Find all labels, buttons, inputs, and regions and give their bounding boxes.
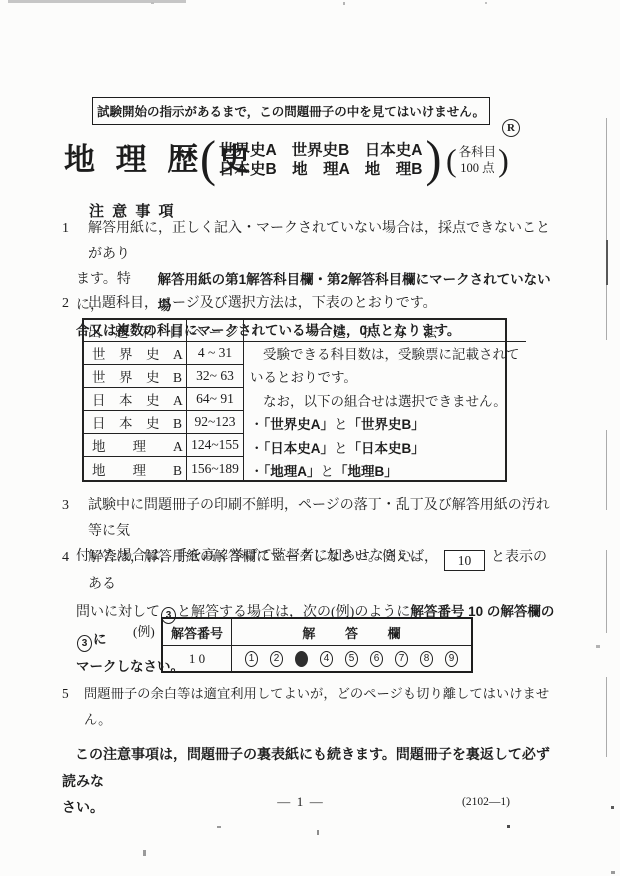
scan-artifact [606, 240, 608, 285]
warning-text: 試験開始の指示があるまで，この問題冊子の中を見てはいけません。 [97, 102, 485, 120]
example-header-number: 解答番号 [163, 619, 232, 646]
scan-artifact [317, 830, 319, 835]
selection-text: なお，以下の組合せは選択できません。 [250, 390, 520, 413]
scan-artifact [606, 285, 607, 340]
selection-text: 受験できる科目数は，受験票に記載されて [250, 343, 520, 366]
table-row-subject: 日 本 史 A [84, 388, 187, 411]
scan-artifact [143, 850, 146, 856]
mark-option-7: 7 [395, 651, 408, 667]
selection-method-cell: 受験できる科目数は，受験票に記載されて いるとおりです。 なお，以下の組合せは選… [244, 342, 526, 480]
right-bracket: ) [426, 138, 442, 182]
table-row-pages: 64~ 91 [187, 388, 244, 411]
mark-option-8: 8 [420, 651, 433, 667]
table-row-subject: 世 界 史 B [84, 365, 187, 388]
subject-list-group: ( 世界史A 世界史B 日本史A 日本史B 地 理A 地 理B ) [200, 138, 441, 182]
selection-text: いるとおりです。 [250, 366, 520, 389]
exam-cover-page: 試験開始の指示があるまで，この問題冊子の中を見てはいけません。 R 地 理 歴 … [0, 0, 620, 876]
score-line-1: 各科目 [459, 144, 497, 160]
table-row-pages: 156~189 [187, 457, 244, 480]
answer-number-box: 10 [444, 550, 485, 571]
mark-option-2: 2 [270, 651, 283, 667]
score-group: ( 各科目 100 点 ) [446, 140, 509, 180]
note-5: 5 問題冊子の余白等は適宜利用してよいが，どのページも切り離してはいけません。 [62, 681, 572, 732]
mark-option-1: 1 [245, 651, 258, 667]
table-row-pages: 124~155 [187, 434, 244, 457]
scan-artifact [151, 2, 154, 4]
note-2-number: 2 [62, 291, 88, 317]
warning-box: 試験開始の指示があるまで，この問題冊子の中を見てはいけません。 [92, 97, 490, 125]
selection-combo-3: ・「地理A」と「地理B」 [250, 460, 520, 483]
example-label: (例) [133, 621, 155, 640]
subjects-row-1: 世界史A 世界史B 日本史A [219, 141, 423, 161]
scan-artifact [485, 2, 487, 4]
booklet-code: (2102—1) [462, 796, 510, 808]
selection-combo-1: ・「世界史A」と「世界史B」 [250, 413, 520, 436]
table-row-subject: 地 理 B [84, 457, 187, 480]
note-2-line-1: 出題科目，ページ及び選択方法は，下表のとおりです。 [88, 291, 437, 317]
table-row-pages: 92~123 [187, 411, 244, 434]
table-row-subject: 世 界 史 A [84, 342, 187, 365]
scan-artifact [606, 550, 607, 633]
table-row-subject: 地 理 A [84, 434, 187, 457]
scan-artifact [217, 826, 221, 828]
scan-artifact [507, 825, 510, 828]
registered-trademark-icon: R [502, 119, 520, 137]
table-header-subject: 出 題 科 目 [84, 320, 187, 342]
note-4-number: 4 [62, 544, 88, 598]
table-header-selection: 選 択 方 法 [244, 320, 526, 342]
scan-artifact [343, 2, 345, 5]
right-paren: ) [498, 141, 509, 179]
subjects-row-2: 日本史B 地 理A 地 理B [219, 160, 423, 180]
scan-artifact [606, 677, 607, 757]
mark-option-5: 5 [345, 651, 358, 667]
note-5-line-1: 問題冊子の余白等は適宜利用してよいが，どのページも切り離してはいけません。 [84, 681, 572, 732]
note-5-number: 5 [62, 681, 84, 732]
example-answer-table: 解答番号 解 答 欄 1 0 1 2 3 4 5 6 7 8 9 [161, 617, 473, 673]
mark-option-3-filled: 3 [295, 651, 308, 667]
page-number: — 1 — [240, 794, 360, 810]
mark-option-9: 9 [445, 651, 458, 667]
note-4-line-2d: に [93, 632, 107, 647]
note-1-line-1: 解答用紙に，正しく記入・マークされていない場合は，採点できないことがあり [88, 216, 558, 267]
mark-option-4: 4 [320, 651, 333, 667]
score-line-2: 100 点 [460, 160, 494, 176]
scan-artifact [596, 645, 600, 648]
scan-artifact [8, 0, 186, 3]
left-bracket: ( [200, 138, 216, 182]
note-3-line-1: 試験中に問題冊子の印刷不鮮明，ページの落丁・乱丁及び解答用紙の汚れ等に気 [88, 493, 558, 544]
scan-artifact [606, 118, 607, 240]
table-row-subject: 日 本 史 B [84, 411, 187, 434]
example-answer-number: 1 0 [163, 646, 232, 671]
note-4-line-1a: 解答は，解答用紙の解答欄にマークしなさい。例えば， [88, 550, 438, 565]
example-header-answer: 解 答 欄 [232, 619, 471, 646]
table-header-pages: ペ ー ジ [187, 320, 244, 342]
table-row-pages: 32~ 63 [187, 365, 244, 388]
note-4-line-2a: 問いに対して [76, 605, 160, 620]
left-paren: ( [446, 141, 457, 179]
note-3-number: 3 [62, 493, 88, 544]
scan-artifact [611, 871, 615, 874]
example-marks-row: 1 2 3 4 5 6 7 8 9 [232, 646, 471, 671]
note-2: 2 出題科目，ページ及び選択方法は，下表のとおりです。 [62, 291, 558, 317]
scan-artifact [611, 806, 614, 809]
closing-line-1: この注意事項は，問題冊子の裏表紙にも続きます。問題冊子を裏返して必ず読みな [62, 741, 558, 794]
selection-combo-2: ・「日本史A」と「日本史B」 [250, 437, 520, 460]
scan-artifact [606, 430, 607, 510]
subject-table: 出 題 科 目 ペ ー ジ 選 択 方 法 世 界 史 A 4 ~ 31 受験で… [82, 318, 507, 482]
circled-3-icon: 3 [77, 635, 92, 652]
note-1-number: 1 [62, 216, 88, 267]
mark-option-6: 6 [370, 651, 383, 667]
table-row-pages: 4 ~ 31 [187, 342, 244, 365]
